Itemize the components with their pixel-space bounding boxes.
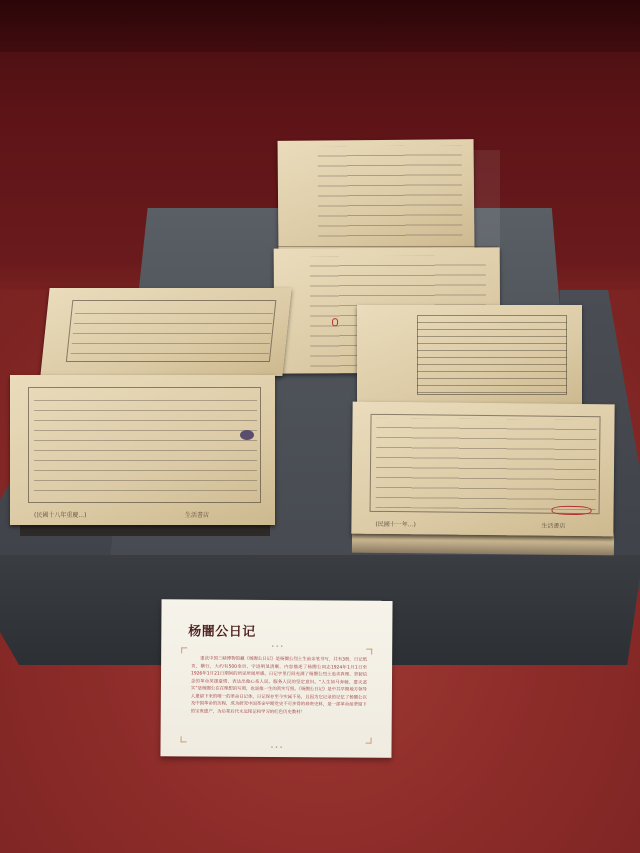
- left-diary-lower-page: (民國十八年重慶...) 生活書店: [10, 375, 275, 525]
- placard-bottom-ornament: • • •: [270, 745, 282, 751]
- diary-footer: (民國十一年...): [375, 519, 415, 528]
- printed-table: [417, 315, 567, 395]
- left-diary-upper-page: [40, 288, 291, 376]
- center-diary-fold: [278, 246, 498, 249]
- handwriting: [34, 391, 257, 499]
- center-diary-upper-page: [278, 139, 475, 251]
- corner-ornament: [181, 736, 187, 742]
- handwriting: [318, 145, 463, 242]
- right-diary-printed-page: [357, 305, 582, 405]
- handwriting: [70, 304, 274, 360]
- curtain-backdrop: [0, 0, 640, 52]
- red-ink-mark: [332, 318, 338, 326]
- corner-ornament: [366, 738, 372, 744]
- ink-blot: [240, 430, 254, 440]
- placard-top-ornament: • • •: [271, 644, 283, 650]
- right-diary-handwritten-page: (民國十一年...) 生活書店: [351, 402, 614, 537]
- placard-body: 重庆中国三峡博物馆藏《杨闇公日记》是杨闇公烈士生前亲笔书写，共有3册，日记纸页，…: [191, 655, 367, 716]
- exhibit-photo: (民國十一年...) 生活書店 (民國十八年重慶...) 生活書店 杨闇公日记 …: [0, 0, 640, 853]
- corner-ornament: [366, 649, 372, 655]
- corner-ornament: [181, 647, 187, 653]
- placard-title: 杨闇公日记: [188, 620, 256, 639]
- red-ink-mark: [552, 506, 592, 515]
- diary-footer-publisher: 生活書店: [185, 510, 209, 519]
- diary-footer: (民國十八年重慶...): [34, 510, 86, 519]
- exhibit-placard: 杨闇公日记 • • • 重庆中国三峡博物馆藏《杨闇公日记》是杨闇公烈士生前亲笔书…: [160, 599, 392, 758]
- diary-footer-publisher: 生活書店: [541, 521, 565, 530]
- handwriting: [376, 418, 597, 510]
